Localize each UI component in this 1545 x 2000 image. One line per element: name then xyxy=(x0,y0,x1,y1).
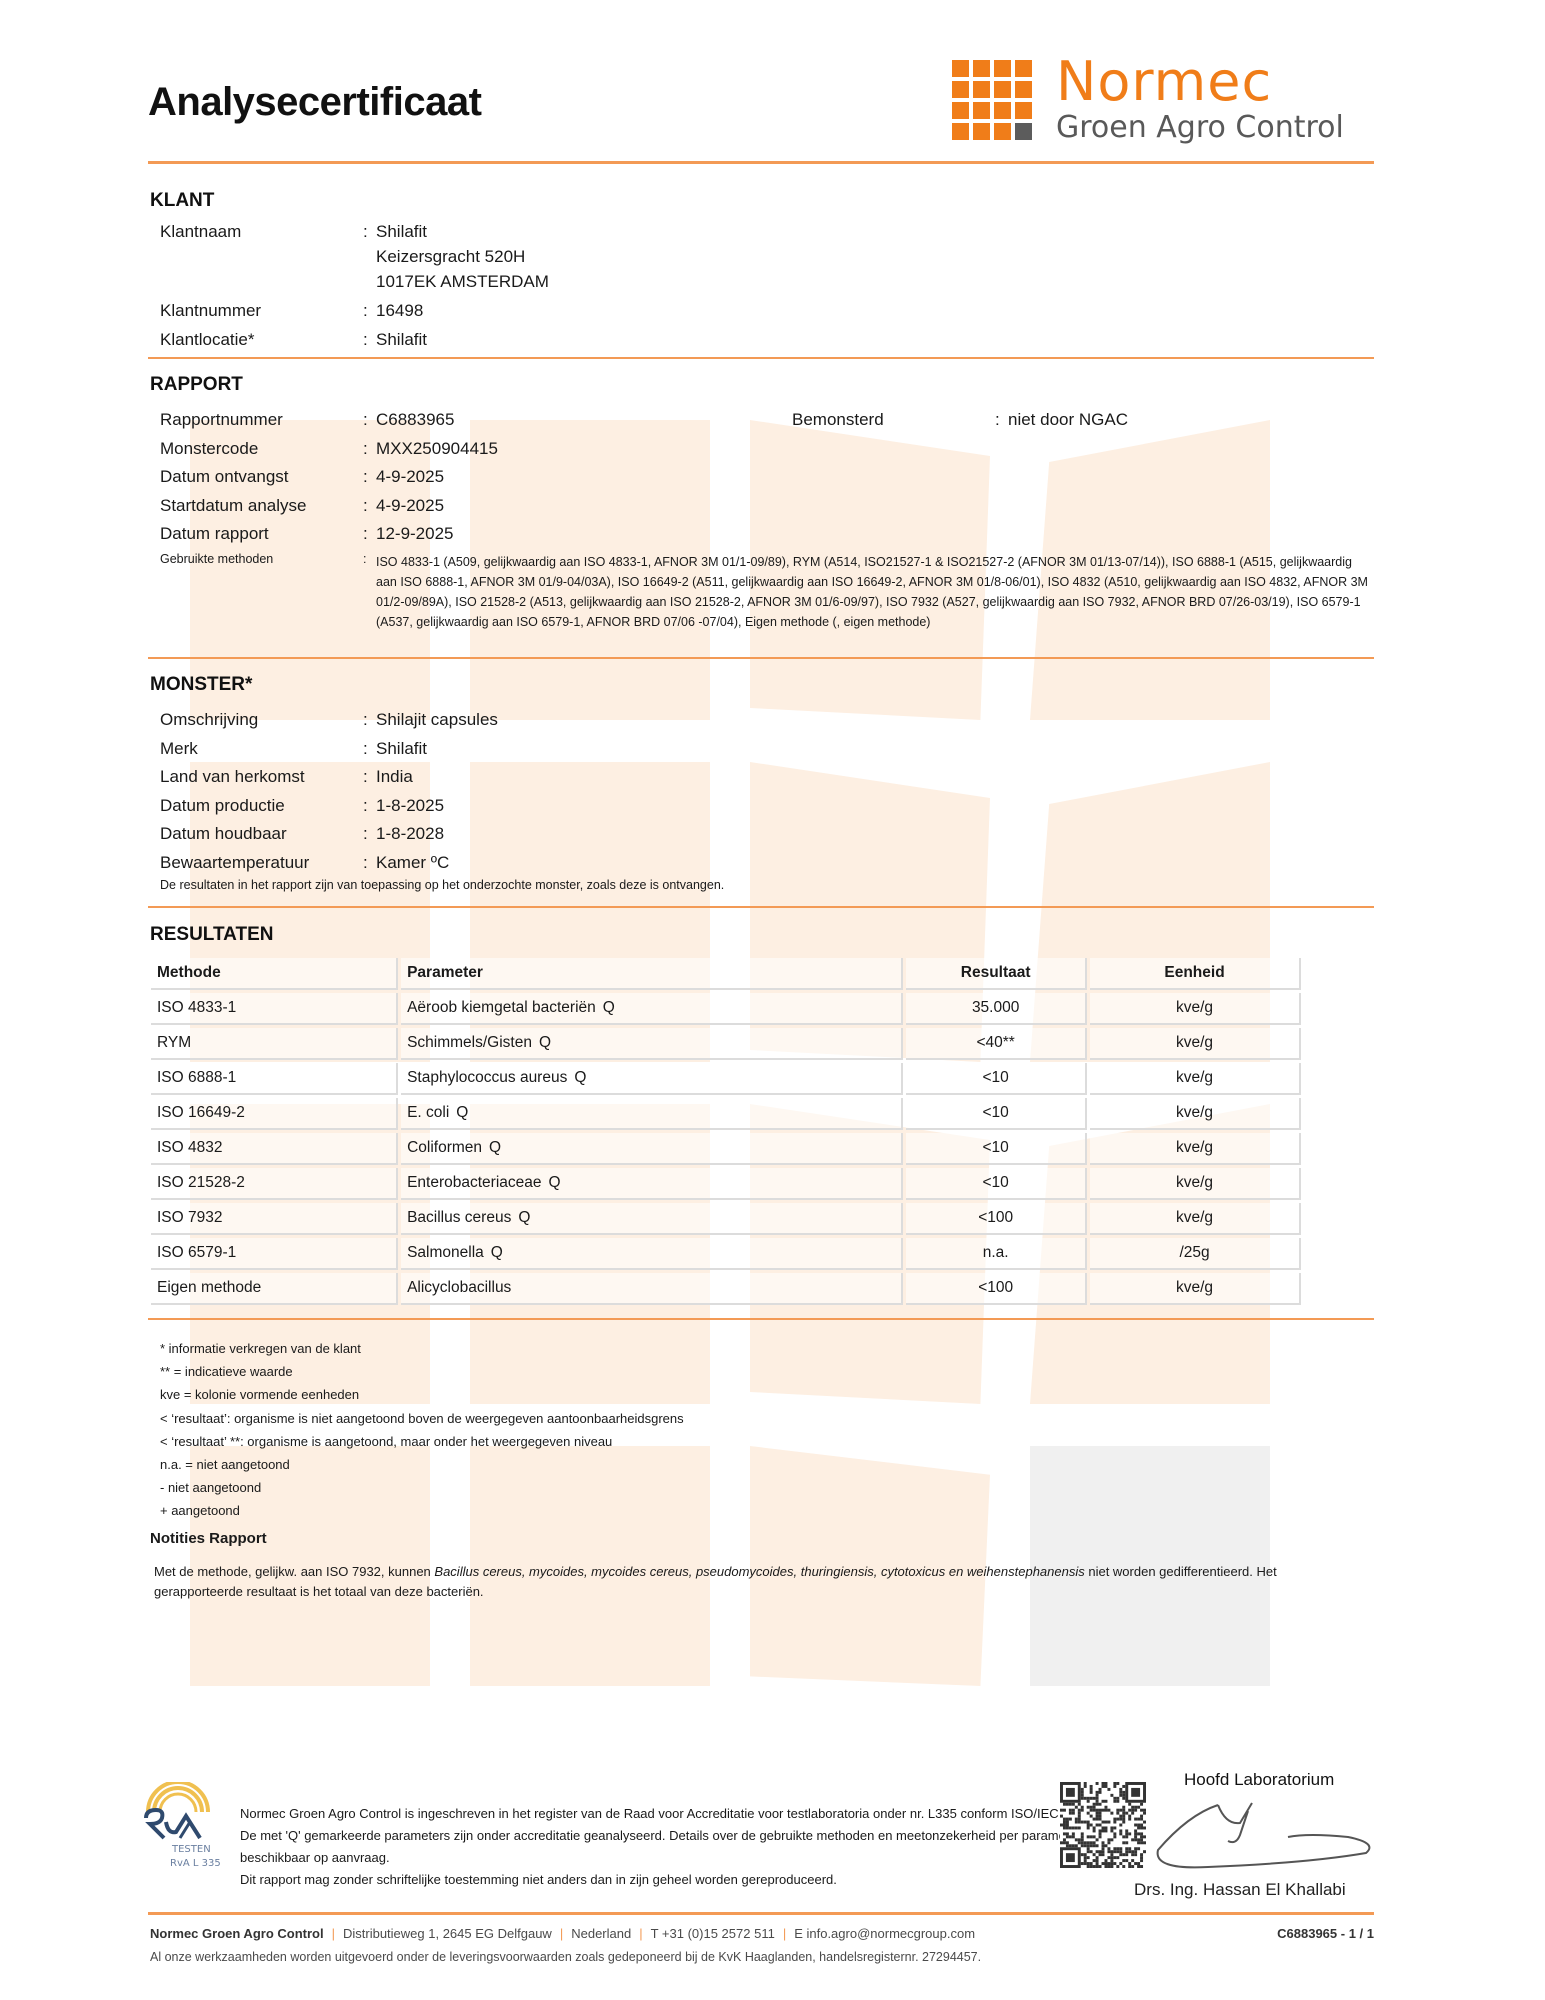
divider xyxy=(148,1318,1374,1320)
field-separator: : xyxy=(363,824,368,844)
cell-methode: ISO 6888-1 xyxy=(151,1063,398,1095)
field-separator: : xyxy=(363,301,368,321)
field-separator: : xyxy=(363,330,368,350)
cell-resultaat: <10 xyxy=(906,1133,1087,1165)
table-row: ISO 6888-1Staphylococcus aureusQ<10kve/g xyxy=(151,1063,1301,1095)
col-header-methode: Methode xyxy=(151,958,398,990)
footer-terms: Al onze werkzaamheden worden uitgevoerd … xyxy=(150,1950,981,1964)
field-value: C6883965 xyxy=(376,407,454,432)
field-value: Shilafit Keizersgracht 520H 1017EK AMSTE… xyxy=(376,219,549,294)
klant-city: 1017EK AMSTERDAM xyxy=(376,269,549,294)
field-label: Merk xyxy=(160,739,198,759)
results-table: Methode Parameter Resultaat Eenheid ISO … xyxy=(148,955,1304,1308)
cell-methode: ISO 7932 xyxy=(151,1203,398,1235)
cell-eenheid: kve/g xyxy=(1090,1098,1301,1130)
cell-methode: ISO 6579-1 xyxy=(151,1238,398,1270)
field-label: Bewaartemperatuur xyxy=(160,853,309,873)
field-value: 12-9-2025 xyxy=(376,521,454,546)
page-title: Analysecertificaat xyxy=(148,80,481,125)
field-separator: : xyxy=(363,467,368,487)
col-header-parameter: Parameter xyxy=(401,958,903,990)
logo-square xyxy=(994,81,1011,98)
cell-resultaat: n.a. xyxy=(906,1238,1087,1270)
field-label: Startdatum analyse xyxy=(160,496,306,516)
field-value: Shilajit capsules xyxy=(376,707,498,732)
parameter-name: E. coli xyxy=(407,1104,449,1121)
logo-square xyxy=(973,60,990,77)
cell-parameter: E. coliQ xyxy=(401,1098,903,1130)
col-header-eenheid: Eenheid xyxy=(1090,958,1301,990)
logo-square xyxy=(973,81,990,98)
section-title-rapport: RAPPORT xyxy=(150,374,243,396)
logo-square xyxy=(1015,60,1032,77)
field-separator: : xyxy=(363,496,368,516)
table-row: Eigen methodeAlicyclobacillus<100kve/g xyxy=(151,1273,1301,1305)
cell-methode: RYM xyxy=(151,1028,398,1060)
qr-code-icon[interactable] xyxy=(1060,1782,1146,1868)
logo-square xyxy=(1015,123,1032,140)
field-separator: : xyxy=(363,222,368,242)
footer-company: Normec Groen Agro Control xyxy=(150,1926,324,1941)
field-value: 1-8-2028 xyxy=(376,821,444,846)
field-label: Datum rapport xyxy=(160,524,269,544)
cell-eenheid: kve/g xyxy=(1090,1063,1301,1095)
cell-parameter: Alicyclobacillus xyxy=(401,1273,903,1305)
footer-country: Nederland xyxy=(571,1926,631,1941)
rva-accreditation-logo-icon: TESTEN RvA L 335 xyxy=(142,1782,222,1872)
table-row: ISO 21528-2EnterobacteriaceaeQ<10kve/g xyxy=(151,1168,1301,1200)
field-value: Shilafit xyxy=(376,736,427,761)
field-label: Omschrijving xyxy=(160,710,258,730)
svg-text:RvA L 335: RvA L 335 xyxy=(170,1858,221,1869)
cell-resultaat: <10 xyxy=(906,1098,1087,1130)
logo-subtitle: Groen Agro Control xyxy=(1056,110,1344,145)
parameter-name: Schimmels/Gisten xyxy=(407,1034,532,1051)
signature-title: Hoofd Laboratorium xyxy=(1184,1770,1334,1790)
cell-eenheid: kve/g xyxy=(1090,1203,1301,1235)
cell-eenheid: kve/g xyxy=(1090,1133,1301,1165)
divider xyxy=(148,657,1374,659)
accreditation-text: Normec Groen Agro Control is ingeschreve… xyxy=(240,1803,1110,1891)
logo-square xyxy=(994,60,1011,77)
legend-item: + aangetoond xyxy=(160,1499,684,1522)
notes-text: Met de methode, gelijkw. aan ISO 7932, k… xyxy=(154,1562,1314,1602)
methods-text: ISO 4833-1 (A509, gelijkwaardig aan ISO … xyxy=(376,552,1374,632)
cell-methode: ISO 4833-1 xyxy=(151,993,398,1025)
logo-square xyxy=(973,123,990,140)
logo-square xyxy=(994,102,1011,119)
cell-eenheid: kve/g xyxy=(1090,1168,1301,1200)
field-separator: : xyxy=(363,552,366,566)
notes-text-part: Met de methode, gelijkw. aan ISO 7932, k… xyxy=(154,1564,434,1579)
cell-resultaat: <10 xyxy=(906,1063,1087,1095)
table-header-row: Methode Parameter Resultaat Eenheid xyxy=(151,958,1301,990)
klant-street: Keizersgracht 520H xyxy=(376,244,549,269)
parameter-name: Bacillus cereus xyxy=(407,1209,511,1226)
cell-parameter: Aëroob kiemgetal bacteriënQ xyxy=(401,993,903,1025)
field-value: Kamer ºC xyxy=(376,850,449,875)
cell-resultaat: 35.000 xyxy=(906,993,1087,1025)
table-row: ISO 6579-1SalmonellaQn.a./25g xyxy=(151,1238,1301,1270)
footer-separator: | xyxy=(783,1926,786,1941)
parameter-name: Salmonella xyxy=(407,1244,484,1261)
legend-item: kve = kolonie vormende eenheden xyxy=(160,1383,684,1406)
field-separator: : xyxy=(363,410,368,430)
cell-eenheid: kve/g xyxy=(1090,1273,1301,1305)
legend-list: * informatie verkregen van de klant** = … xyxy=(160,1337,684,1523)
notes-text-italic: Bacillus cereus, mycoides, mycoides cere… xyxy=(434,1564,1084,1579)
logo-square xyxy=(952,123,969,140)
logo-grid-icon xyxy=(952,60,1032,140)
logo-square xyxy=(1015,102,1032,119)
parameter-name: Enterobacteriaceae xyxy=(407,1174,541,1191)
logo-square xyxy=(952,81,969,98)
table-row: ISO 7932Bacillus cereusQ<100kve/g xyxy=(151,1203,1301,1235)
field-separator: : xyxy=(363,767,368,787)
field-label: Klantnaam xyxy=(160,222,241,242)
monster-note: De resultaten in het rapport zijn van to… xyxy=(160,878,724,892)
section-title-klant: KLANT xyxy=(150,190,214,212)
cell-resultaat: <10 xyxy=(906,1168,1087,1200)
normec-logo: Normec Groen Agro Control xyxy=(952,56,1392,146)
field-value: Shilafit xyxy=(376,327,427,352)
footer-phone: T +31 (0)15 2572 511 xyxy=(651,1926,775,1941)
field-value: 1-8-2025 xyxy=(376,793,444,818)
table-row: RYMSchimmels/GistenQ<40**kve/g xyxy=(151,1028,1301,1060)
field-value: MXX250904415 xyxy=(376,436,498,461)
cell-parameter: SalmonellaQ xyxy=(401,1238,903,1270)
cell-eenheid: kve/g xyxy=(1090,1028,1301,1060)
field-separator: : xyxy=(363,710,368,730)
legend-item: n.a. = niet aangetoond xyxy=(160,1453,684,1476)
cell-methode: ISO 16649-2 xyxy=(151,1098,398,1130)
field-label: Datum productie xyxy=(160,796,285,816)
divider xyxy=(148,161,1374,164)
accreditation-q-mark: Q xyxy=(489,1139,501,1156)
cell-eenheid: kve/g xyxy=(1090,993,1301,1025)
signature-icon xyxy=(1148,1795,1378,1875)
footer-email[interactable]: E info.agro@normecgroup.com xyxy=(794,1926,975,1941)
parameter-name: Alicyclobacillus xyxy=(407,1279,511,1296)
field-value: 16498 xyxy=(376,298,423,323)
legend-item: < ‘resultaat’ **: organisme is aangetoon… xyxy=(160,1430,684,1453)
legend-item: < ‘resultaat’: organisme is niet aangeto… xyxy=(160,1407,684,1430)
footer-address: Distributieweg 1, 2645 EG Delfgauw xyxy=(343,1926,552,1941)
logo-name: Normec xyxy=(1056,50,1272,113)
signatory-name: Drs. Ing. Hassan El Khallabi xyxy=(1134,1880,1346,1900)
accreditation-q-mark: Q xyxy=(539,1034,551,1051)
accreditation-q-mark: Q xyxy=(603,999,615,1016)
cell-resultaat: <100 xyxy=(906,1203,1087,1235)
cell-parameter: EnterobacteriaceaeQ xyxy=(401,1168,903,1200)
cell-methode: ISO 4832 xyxy=(151,1133,398,1165)
footer-separator: | xyxy=(639,1926,642,1941)
section-title-monster: MONSTER* xyxy=(150,674,252,696)
cell-resultaat: <100 xyxy=(906,1273,1087,1305)
accreditation-q-mark: Q xyxy=(574,1069,586,1086)
field-label: Land van herkomst xyxy=(160,767,305,787)
klant-name: Shilafit xyxy=(376,219,549,244)
logo-square xyxy=(973,102,990,119)
svg-text:TESTEN: TESTEN xyxy=(171,1844,211,1855)
cell-eenheid: /25g xyxy=(1090,1238,1301,1270)
page-number: C6883965 - 1 / 1 xyxy=(1277,1926,1374,1941)
footer-contact: Normec Groen Agro Control|Distributieweg… xyxy=(150,1926,975,1941)
legend-item: * informatie verkregen van de klant xyxy=(160,1337,684,1360)
legend-item: - niet aangetoond xyxy=(160,1476,684,1499)
divider xyxy=(148,1912,1374,1915)
field-separator: : xyxy=(363,524,368,544)
accreditation-paragraph: Normec Groen Agro Control is ingeschreve… xyxy=(240,1803,1110,1869)
field-separator: : xyxy=(995,410,1000,430)
field-separator: : xyxy=(363,796,368,816)
field-label: Rapportnummer xyxy=(160,410,283,430)
field-label: Bemonsterd xyxy=(792,410,884,430)
field-label: Klantnummer xyxy=(160,301,261,321)
parameter-name: Staphylococcus aureus xyxy=(407,1069,567,1086)
field-label: Monstercode xyxy=(160,439,258,459)
field-separator: : xyxy=(363,853,368,873)
table-row: ISO 4833-1Aëroob kiemgetal bacteriënQ35.… xyxy=(151,993,1301,1025)
field-value: India xyxy=(376,764,413,789)
notes-title: Notities Rapport xyxy=(150,1530,267,1547)
field-label: Klantlocatie* xyxy=(160,330,255,350)
cell-parameter: Staphylococcus aureusQ xyxy=(401,1063,903,1095)
field-value: 4-9-2025 xyxy=(376,493,444,518)
accreditation-q-mark: Q xyxy=(518,1209,530,1226)
reproduction-notice: Dit rapport mag zonder schriftelijke toe… xyxy=(240,1869,1110,1891)
accreditation-q-mark: Q xyxy=(549,1174,561,1191)
footer-separator: | xyxy=(332,1926,335,1941)
table-row: ISO 4832ColiformenQ<10kve/g xyxy=(151,1133,1301,1165)
parameter-name: Aëroob kiemgetal bacteriën xyxy=(407,999,596,1016)
cell-methode: ISO 21528-2 xyxy=(151,1168,398,1200)
logo-square xyxy=(994,123,1011,140)
field-label: Datum ontvangst xyxy=(160,467,289,487)
cell-resultaat: <40** xyxy=(906,1028,1087,1060)
legend-item: ** = indicatieve waarde xyxy=(160,1360,684,1383)
parameter-name: Coliformen xyxy=(407,1139,482,1156)
cell-parameter: Schimmels/GistenQ xyxy=(401,1028,903,1060)
logo-square xyxy=(1015,81,1032,98)
logo-square xyxy=(952,60,969,77)
accreditation-q-mark: Q xyxy=(491,1244,503,1261)
logo-square xyxy=(952,102,969,119)
section-title-resultaten: RESULTATEN xyxy=(150,924,274,946)
field-separator: : xyxy=(363,439,368,459)
cell-parameter: ColiformenQ xyxy=(401,1133,903,1165)
table-row: ISO 16649-2E. coliQ<10kve/g xyxy=(151,1098,1301,1130)
field-value: niet door NGAC xyxy=(1008,407,1128,432)
field-separator: : xyxy=(363,739,368,759)
footer-separator: | xyxy=(560,1926,563,1941)
cell-parameter: Bacillus cereusQ xyxy=(401,1203,903,1235)
divider xyxy=(148,357,1374,359)
field-label: Gebruikte methoden xyxy=(160,552,273,566)
divider xyxy=(148,906,1374,908)
field-label: Datum houdbaar xyxy=(160,824,287,844)
cell-methode: Eigen methode xyxy=(151,1273,398,1305)
col-header-resultaat: Resultaat xyxy=(906,958,1087,990)
accreditation-q-mark: Q xyxy=(456,1104,468,1121)
field-value: 4-9-2025 xyxy=(376,464,444,489)
